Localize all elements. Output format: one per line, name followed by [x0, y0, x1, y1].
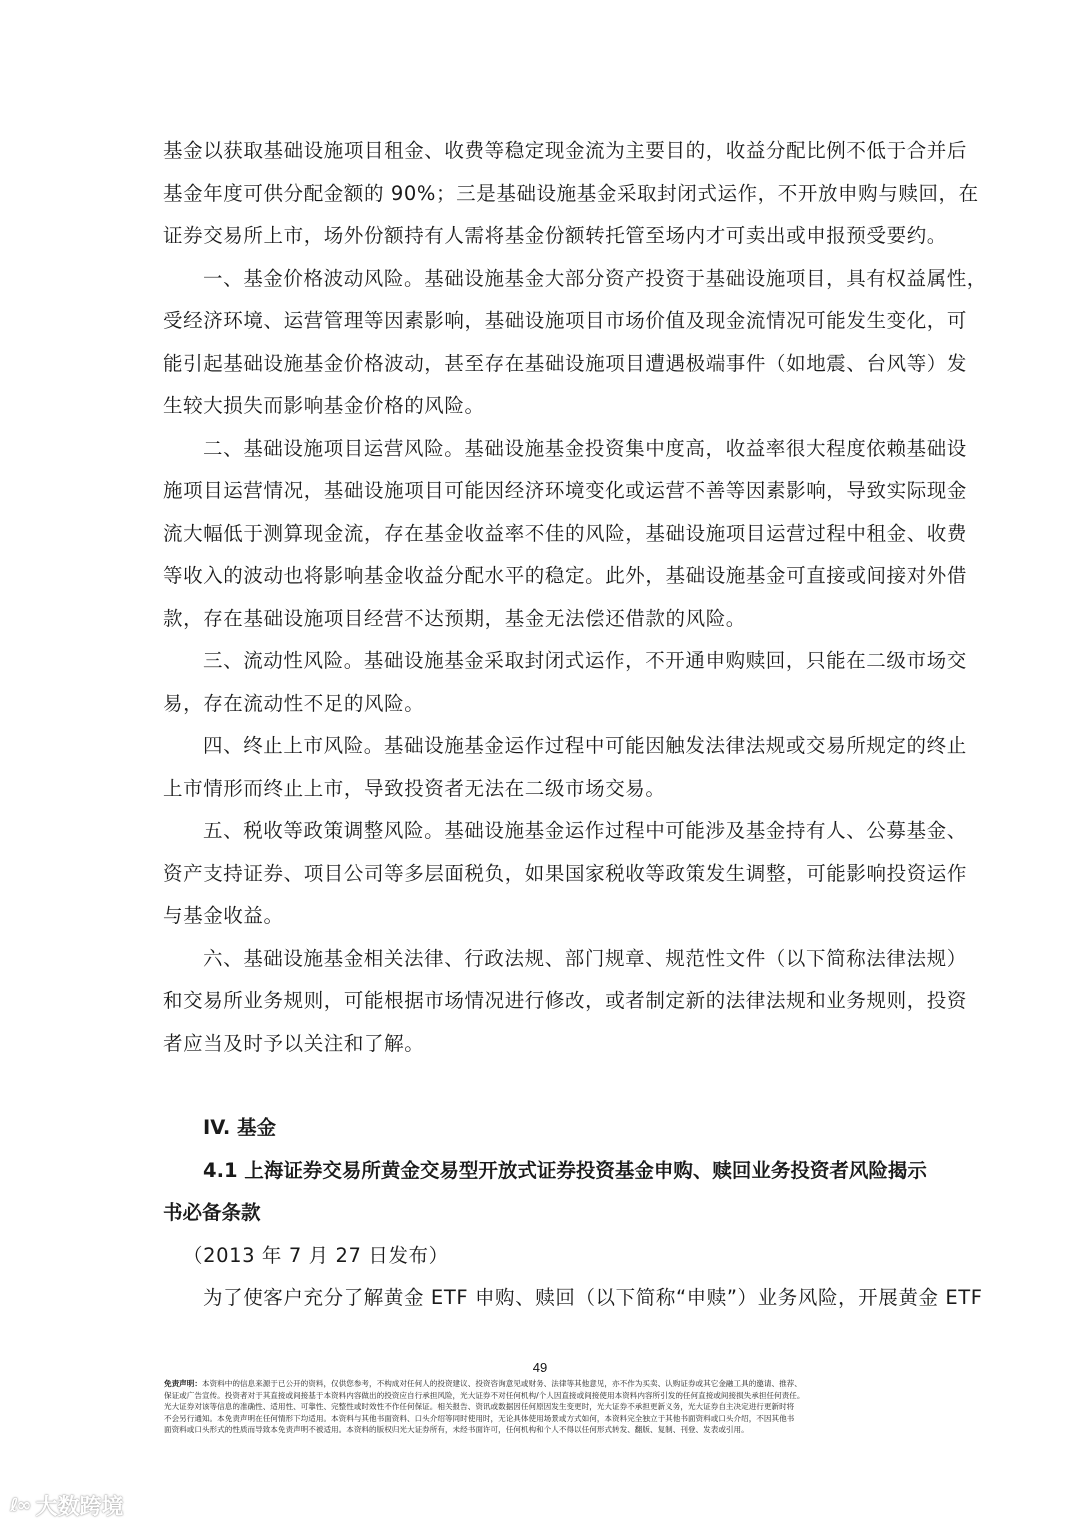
paragraph-risk-5: 五、税收等政策调整风险。基础设施基金运作过程中可能涉及基金持有人、公募基金、 资… — [163, 810, 919, 938]
text-line: 基金以获取基础设施项目租金、收费等稳定现金流为主要目的，收益分配比例不低于合并后 — [163, 130, 919, 173]
text-line: 上市情形而终止上市，导致投资者无法在二级市场交易。 — [163, 768, 919, 811]
page-number: 49 — [0, 1360, 1080, 1375]
paragraph-risk-6: 六、基础设施基金相关法律、行政法规、部门规章、规范性文件（以下简称法律法规） 和… — [163, 938, 919, 1066]
paragraph-intro-continued: 基金以获取基础设施项目租金、收费等稳定现金流为主要目的，收益分配比例不低于合并后… — [163, 130, 919, 258]
disclaimer-line: 不会另行通知。本免责声明在任何情形下均适用。本资料与其他书面资料、口头介绍等同时… — [164, 1413, 920, 1425]
heading-line: 书必备条款 — [163, 1192, 919, 1235]
publish-date: （2013 年 7 月 27 日发布） — [163, 1235, 919, 1278]
text-line: 易，存在流动性不足的风险。 — [163, 683, 919, 726]
disclaimer-label: 免责声明： — [164, 1379, 202, 1388]
disclaimer-line: 免责声明：本资料中的信息来源于已公开的资料，仅供您参考，不构成对任何人的投资建议… — [164, 1378, 920, 1390]
text-line: 等收入的波动也将影响基金收益分配水平的稳定。此外，基础设施基金可直接或间接对外借 — [163, 555, 919, 598]
text-line: 一、基金价格波动风险。基础设施基金大部分资产投资于基础设施项目，具有权益属性， — [163, 258, 919, 301]
text-line: 生较大损失而影响基金价格的风险。 — [163, 385, 919, 428]
text-line: 基金年度可供分配金额的 90%；三是基础设施基金采取封闭式运作，不开放申购与赎回… — [163, 173, 919, 216]
text-line: 证券交易所上市，场外份额持有人需将基金份额转托管至场内才可卖出或申报预受要约。 — [163, 215, 919, 258]
text-line: 和交易所业务规则，可能根据市场情况进行修改，或者制定新的法律法规和业务规则，投资 — [163, 980, 919, 1023]
paragraph-risk-2: 二、基础设施项目运营风险。基础设施基金投资集中度高，收益率很大程度依赖基础设 施… — [163, 428, 919, 641]
watermark-text: 大数跨境 — [35, 1490, 123, 1521]
text-line: 六、基础设施基金相关法律、行政法规、部门规章、规范性文件（以下简称法律法规） — [163, 938, 919, 981]
text-line: 五、税收等政策调整风险。基础设施基金运作过程中可能涉及基金持有人、公募基金、 — [163, 810, 919, 853]
heading-line: 4.1 上海证券交易所黄金交易型开放式证券投资基金申购、赎回业务投资者风险揭示 — [163, 1150, 919, 1193]
text-line: 资产支持证券、项目公司等多层面税负，如果国家税收等政策发生调整，可能影响投资运作 — [163, 853, 919, 896]
subsection-heading: 4.1 上海证券交易所黄金交易型开放式证券投资基金申购、赎回业务投资者风险揭示 … — [163, 1150, 919, 1235]
paragraph-final-start: 为了使客户充分了解黄金 ETF 申购、赎回（以下简称“申赎”）业务风险，开展黄金… — [163, 1277, 919, 1320]
paragraph-risk-4: 四、终止上市风险。基础设施基金运作过程中可能因触发法律法规或交易所规定的终止 上… — [163, 725, 919, 810]
disclaimer-line: 光大证券对该等信息的准确性、适用性、可靠性、完整性或时效性不作任何保证。相关报告… — [164, 1401, 920, 1413]
paragraph-risk-3: 三、流动性风险。基础设施基金采取封闭式运作，不开通申购赎回，只能在二级市场交 易… — [163, 640, 919, 725]
document-page: 基金以获取基础设施项目租金、收费等稳定现金流为主要目的，收益分配比例不低于合并后… — [163, 130, 919, 1320]
text-line: 四、终止上市风险。基础设施基金运作过程中可能因触发法律法规或交易所规定的终止 — [163, 725, 919, 768]
disclaimer-line: 保证或广告宣传。投资者对于其直接或间接基于本资料内容做出的投资应自行承担风险，光… — [164, 1390, 920, 1402]
text-line: 受经济环境、运营管理等因素影响，基础设施项目市场价值及现金流情况可能发生变化，可 — [163, 300, 919, 343]
text-line: 二、基础设施项目运营风险。基础设施基金投资集中度高，收益率很大程度依赖基础设 — [163, 428, 919, 471]
watermark: ℓ∞ 大数跨境 — [10, 1490, 124, 1521]
text-line: 者应当及时予以关注和了解。 — [163, 1023, 919, 1066]
spacer — [163, 1065, 919, 1107]
disclaimer: 免责声明：本资料中的信息来源于已公开的资料，仅供您参考，不构成对任何人的投资建议… — [164, 1378, 920, 1436]
text-line: 三、流动性风险。基础设施基金采取封闭式运作，不开通申购赎回，只能在二级市场交 — [163, 640, 919, 683]
paragraph-risk-1: 一、基金价格波动风险。基础设施基金大部分资产投资于基础设施项目，具有权益属性， … — [163, 258, 919, 428]
text-line: 流大幅低于测算现金流，存在基金收益率不佳的风险，基础设施项目运营过程中租金、收费 — [163, 513, 919, 556]
watermark-logo-icon: ℓ∞ — [10, 1495, 29, 1516]
text-line: 能引起基础设施基金价格波动，甚至存在基础设施项目遭遇极端事件（如地震、台风等）发 — [163, 343, 919, 386]
text-line: 与基金收益。 — [163, 895, 919, 938]
section-heading: IV. 基金 — [163, 1107, 919, 1150]
disclaimer-line: 面资料或口头形式的性质而导致本免责声明不被适用。本资料的版权归光大证券所有，未经… — [164, 1424, 920, 1436]
text-line: 施项目运营情况，基础设施项目可能因经济环境变化或运营不善等因素影响，导致实际现金 — [163, 470, 919, 513]
text-line: 款，存在基础设施项目经营不达预期，基金无法偿还借款的风险。 — [163, 598, 919, 641]
